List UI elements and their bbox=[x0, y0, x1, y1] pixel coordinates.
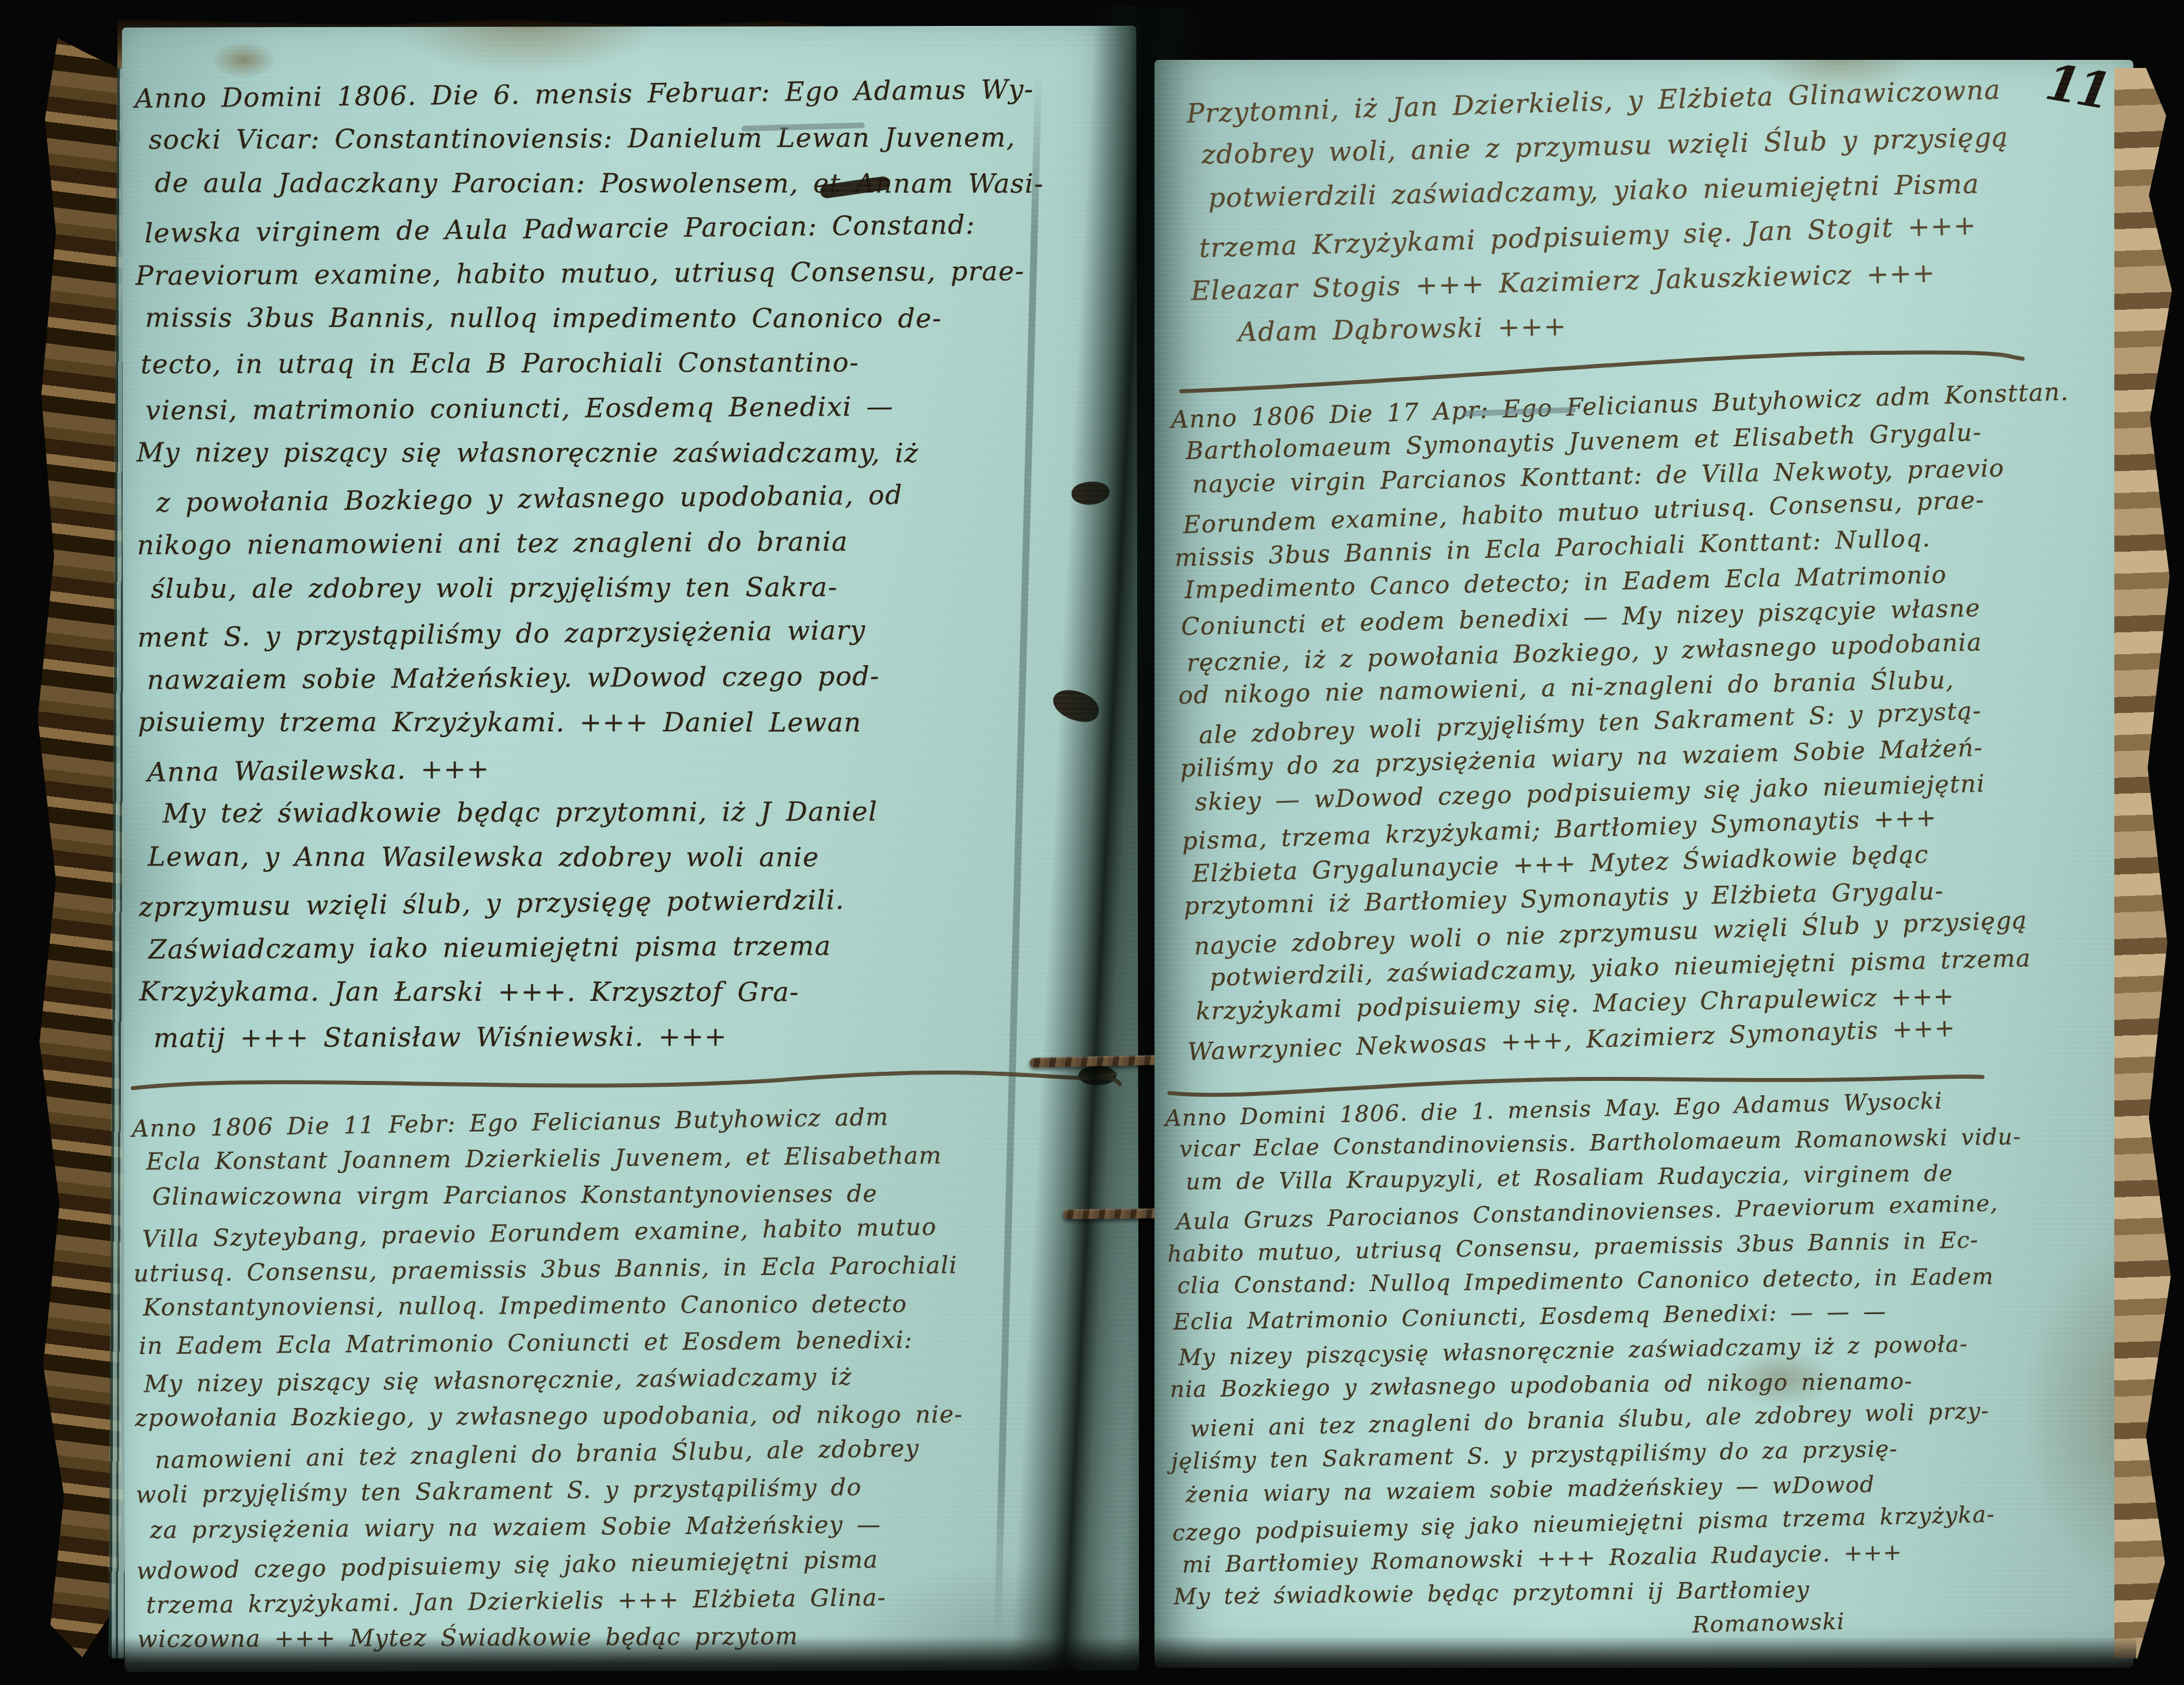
register-entry-right-2: Anno 1806 Die 17 Apr: Ego Felicianus But… bbox=[1171, 379, 2115, 1071]
bottom-edge-shadow bbox=[109, 1637, 2136, 1685]
manuscript-line: Anno Domini 1806. Die 6. mensis Februar:… bbox=[135, 73, 1120, 128]
manuscript-line: ślubu, ale zdobrey woli przyjęliśmy ten … bbox=[142, 571, 1126, 618]
manuscript-line: Konstantynoviensi, nulloq. Impedimento C… bbox=[134, 1289, 1127, 1331]
register-entry-right-3: Anno Domini 1806. die 1. mensis May. Ego… bbox=[1165, 1087, 2113, 1656]
manuscript-line: tecto, in utraq in Ecla B Parochiali Con… bbox=[140, 346, 1125, 393]
manuscript-line: in Eadem Ecla Matrimonio Coniuncti et Eo… bbox=[139, 1325, 1133, 1369]
manuscript-line: Lewan, y Anna Wasilewska zdobrey woli an… bbox=[139, 841, 1123, 886]
manuscript-line: Anna Wasilewska. +++ bbox=[138, 746, 1123, 802]
manuscript-line: lewska virginem de Aula Padwarcie Paroci… bbox=[135, 207, 1121, 263]
manuscript-line: zprzymusu wzięli ślub, y przysięgę potwi… bbox=[139, 881, 1124, 936]
manuscript-line: nawzaiem sobie Małżeńskiey. wDowod czego… bbox=[138, 659, 1122, 709]
register-entry-left-1: Anno Domini 1806. Die 6. mensis Februar:… bbox=[135, 75, 1125, 1069]
manuscript-line: matij +++ Stanisław Wiśniewski. +++ bbox=[144, 1020, 1129, 1067]
manuscript-line: My też świadkowie będąc przytomni, iż J … bbox=[143, 795, 1127, 842]
left-page: Anno Domini 1806. Die 6. mensis Februar:… bbox=[122, 25, 1140, 1672]
entry-divider-stroke bbox=[127, 1061, 1129, 1103]
register-book-scan: Anno Domini 1806. Die 6. mensis Februar:… bbox=[0, 0, 2184, 1685]
right-page: 11 Przytomni, iż Jan Dzierkielis, y Elżb… bbox=[1154, 60, 2133, 1668]
deckle-page-edge-right bbox=[2114, 68, 2172, 1659]
manuscript-line: z powołania Bozkiego y zwłasnego upodoba… bbox=[136, 477, 1122, 532]
manuscript-line: Krzyżykama. Jan Łarski +++. Krzysztof Gr… bbox=[139, 976, 1124, 1021]
manuscript-line: Zaświadczamy iako nieumiejętni pisma trz… bbox=[139, 929, 1123, 979]
manuscript-line: socki Vicar: Constantinoviensis: Danielu… bbox=[139, 122, 1124, 169]
manuscript-line: pisuiemy trzema Krzyżykami. +++ Daniel L… bbox=[138, 706, 1123, 752]
manuscript-line: ment S. y przystąpiliśmy do zaprzysiężen… bbox=[137, 612, 1122, 667]
register-entry-right-1: Przytomni, iż Jan Dzierkielis, y Elżbiet… bbox=[1186, 73, 2102, 365]
register-entry-left-2: Anno 1806 Die 11 Febr: Ego Felicianus Bu… bbox=[132, 1102, 1131, 1665]
manuscript-line: de aula Jadaczkany Parocian: Poswolensem… bbox=[135, 167, 1120, 212]
manuscript-line: Praeviorum examine, habito mutuo, utrius… bbox=[135, 255, 1120, 305]
manuscript-line: missis 3bus Bannis, nulloq impedimento C… bbox=[136, 302, 1121, 347]
manuscript-line: nikogo nienamowieni ani tez znagleni do … bbox=[137, 525, 1122, 575]
manuscript-line: viensi, matrimonio coniuncti, Eosdemq Be… bbox=[136, 390, 1121, 440]
manuscript-line: Ecla Konstant Joannem Dzierkielis Juvene… bbox=[137, 1140, 1131, 1185]
manuscript-line: My nizey piszący się własnoręcznie zaświ… bbox=[136, 437, 1121, 482]
